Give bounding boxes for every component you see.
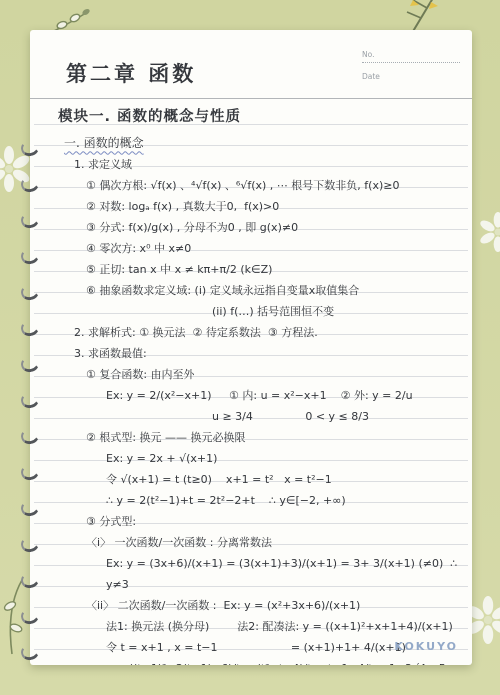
- note-line: 1. 求定义域: [64, 154, 468, 175]
- note-line: ③ 分式: f(x)/g(x) , 分母不为0 , 即 g(x)≠0: [64, 217, 468, 238]
- note-text: Ex: y = (3x+6)/(x+1) = (3(x+1)+3)/(x+1) …: [106, 557, 461, 591]
- note-text: 一. 函数的概念: [64, 136, 144, 150]
- note-text: ⑤ 正切: tan x 中 x ≠ kπ+π/2 (k∈Z): [86, 263, 272, 276]
- note-line: Ex: y = 2/(x²−x+1) ① 内: u = x²−x+1 ② 外: …: [64, 385, 468, 406]
- note-line: ∴ y = 2(t²−1)+t = 2t²−2+t ∴ y∈[−2, +∞): [64, 490, 468, 511]
- note-line: (ii) f(…) 括号范围恒不变: [64, 301, 468, 322]
- note-line: 〈i〉 一次函数/一次函数 : 分离常数法: [64, 532, 468, 553]
- note-text: ④ 零次方: x⁰ 中 x≠0: [86, 242, 191, 255]
- note-text: 〈i〉 一次函数/一次函数 : 分离常数法: [86, 536, 272, 549]
- note-text: ∴ y = 2(t²−1)+t = 2t²−2+t ∴ y∈[−2, +∞): [106, 494, 346, 507]
- note-text: ⑥ 抽象函数求定义域: (i) 定义域永远指自变量x取值集合: [86, 284, 359, 297]
- note-text: Ex: y = 2x + √(x+1): [106, 452, 217, 465]
- note-text: ③ 分式: f(x)/g(x) , 分母不为0 , 即 g(x)≠0: [86, 221, 298, 234]
- date-field: Date: [362, 72, 460, 82]
- note-text: u ≥ 3/4 0 < y ≤ 8/3: [212, 410, 369, 423]
- note-line: ② 根式型: 换元 —— 换元必换限: [64, 427, 468, 448]
- note-line: Ex: y = 2x + √(x+1): [64, 448, 468, 469]
- note-text: ② 对数: logₐ f(x) , 真数大于0, f(x)>0: [86, 200, 279, 213]
- note-line: u ≥ 3/4 0 < y ≤ 8/3: [64, 406, 468, 427]
- chapter-title: 第二章 函数: [66, 58, 196, 88]
- brand-watermark: KOKUYO: [394, 640, 458, 653]
- date-label: Date: [362, 72, 380, 81]
- note-line: 2. 求解析式: ① 换元法 ② 待定系数法 ③ 方程法.: [64, 322, 468, 343]
- page-header: 第二章 函数 No. Date: [30, 30, 472, 99]
- notes-list: 一. 函数的概念1. 求定义域① 偶次方根: √f(x) 、⁴√f(x) 、⁶√…: [64, 133, 468, 666]
- note-text: ② 根式型: 换元 —— 换元必换限: [86, 431, 246, 444]
- note-line: ⑥ 抽象函数求定义域: (i) 定义域永远指自变量x取值集合: [64, 280, 468, 301]
- note-line: ① 偶次方根: √f(x) 、⁴√f(x) 、⁶√f(x) , ⋯ 根号下数非负…: [64, 175, 468, 196]
- page-body: 模块一. 函数的概念与性质 一. 函数的概念1. 求定义域① 偶次方根: √f(…: [30, 100, 472, 666]
- note-text: 2. 求解析式: ① 换元法 ② 待定系数法 ③ 方程法.: [74, 326, 318, 339]
- note-line: ④ 零次方: x⁰ 中 x≠0: [64, 238, 468, 259]
- note-line: 法1: 换元法 (换分母) 法2: 配凑法: y = ((x+1)²+x+1+4…: [64, 616, 468, 637]
- note-text: 令 √(x+1) = t (t≥0) x+1 = t² x = t²−1: [106, 473, 332, 486]
- note-text: 3. 求函数最值:: [74, 347, 147, 360]
- photo-background: 第二章 函数 No. Date 模块一. 函数的概念与性质 一. 函数的概念1.…: [0, 0, 500, 695]
- note-line: 〈ii〉 二次函数/一次函数 : Ex: y = (x²+3x+6)/(x+1): [64, 595, 468, 616]
- note-line: 令 √(x+1) = t (t≥0) x+1 = t² x = t²−1: [64, 469, 468, 490]
- no-date-block: No. Date: [362, 50, 460, 82]
- no-label: No.: [362, 50, 374, 59]
- note-text: Ex: y = 2/(x²−x+1) ① 内: u = x²−x+1 ② 外: …: [106, 389, 413, 402]
- note-line: y = ((t−1)²+3(t−1)+6)/t = (t²+t+4)/t = t…: [64, 658, 468, 666]
- notebook-page: 第二章 函数 No. Date 模块一. 函数的概念与性质 一. 函数的概念1.…: [30, 30, 472, 665]
- note-line: ① 复合函数: 由内至外: [64, 364, 468, 385]
- note-line: ③ 分式型:: [64, 511, 468, 532]
- note-text: 〈ii〉 二次函数/一次函数 : Ex: y = (x²+3x+6)/(x+1): [86, 599, 360, 612]
- note-text: 令 t = x+1 , x = t−1 = (x+1)+1+ 4/(x+1): [106, 641, 406, 654]
- note-text: ③ 分式型:: [86, 515, 136, 528]
- note-line: 3. 求函数最值:: [64, 343, 468, 364]
- module-header: 模块一. 函数的概念与性质: [58, 105, 472, 126]
- flower-doodle-right-mid-icon: [478, 212, 500, 252]
- note-text: y = ((t−1)²+3(t−1)+6)/t = (t²+t+4)/t = t…: [106, 662, 456, 666]
- note-text: ① 复合函数: 由内至外: [86, 368, 195, 381]
- note-text: ① 偶次方根: √f(x) 、⁴√f(x) 、⁶√f(x) , ⋯ 根号下数非负…: [86, 179, 399, 192]
- note-line: 一. 函数的概念: [64, 133, 468, 154]
- note-text: 1. 求定义域: [74, 158, 132, 171]
- note-text: (ii) f(…) 括号范围恒不变: [212, 305, 334, 318]
- note-line: ⑤ 正切: tan x 中 x ≠ kπ+π/2 (k∈Z): [64, 259, 468, 280]
- note-line: Ex: y = (3x+6)/(x+1) = (3(x+1)+3)/(x+1) …: [64, 553, 468, 595]
- no-field: No.: [362, 50, 460, 63]
- note-line: ② 对数: logₐ f(x) , 真数大于0, f(x)>0: [64, 196, 468, 217]
- note-text: 法1: 换元法 (换分母) 法2: 配凑法: y = ((x+1)²+x+1+4…: [106, 620, 453, 633]
